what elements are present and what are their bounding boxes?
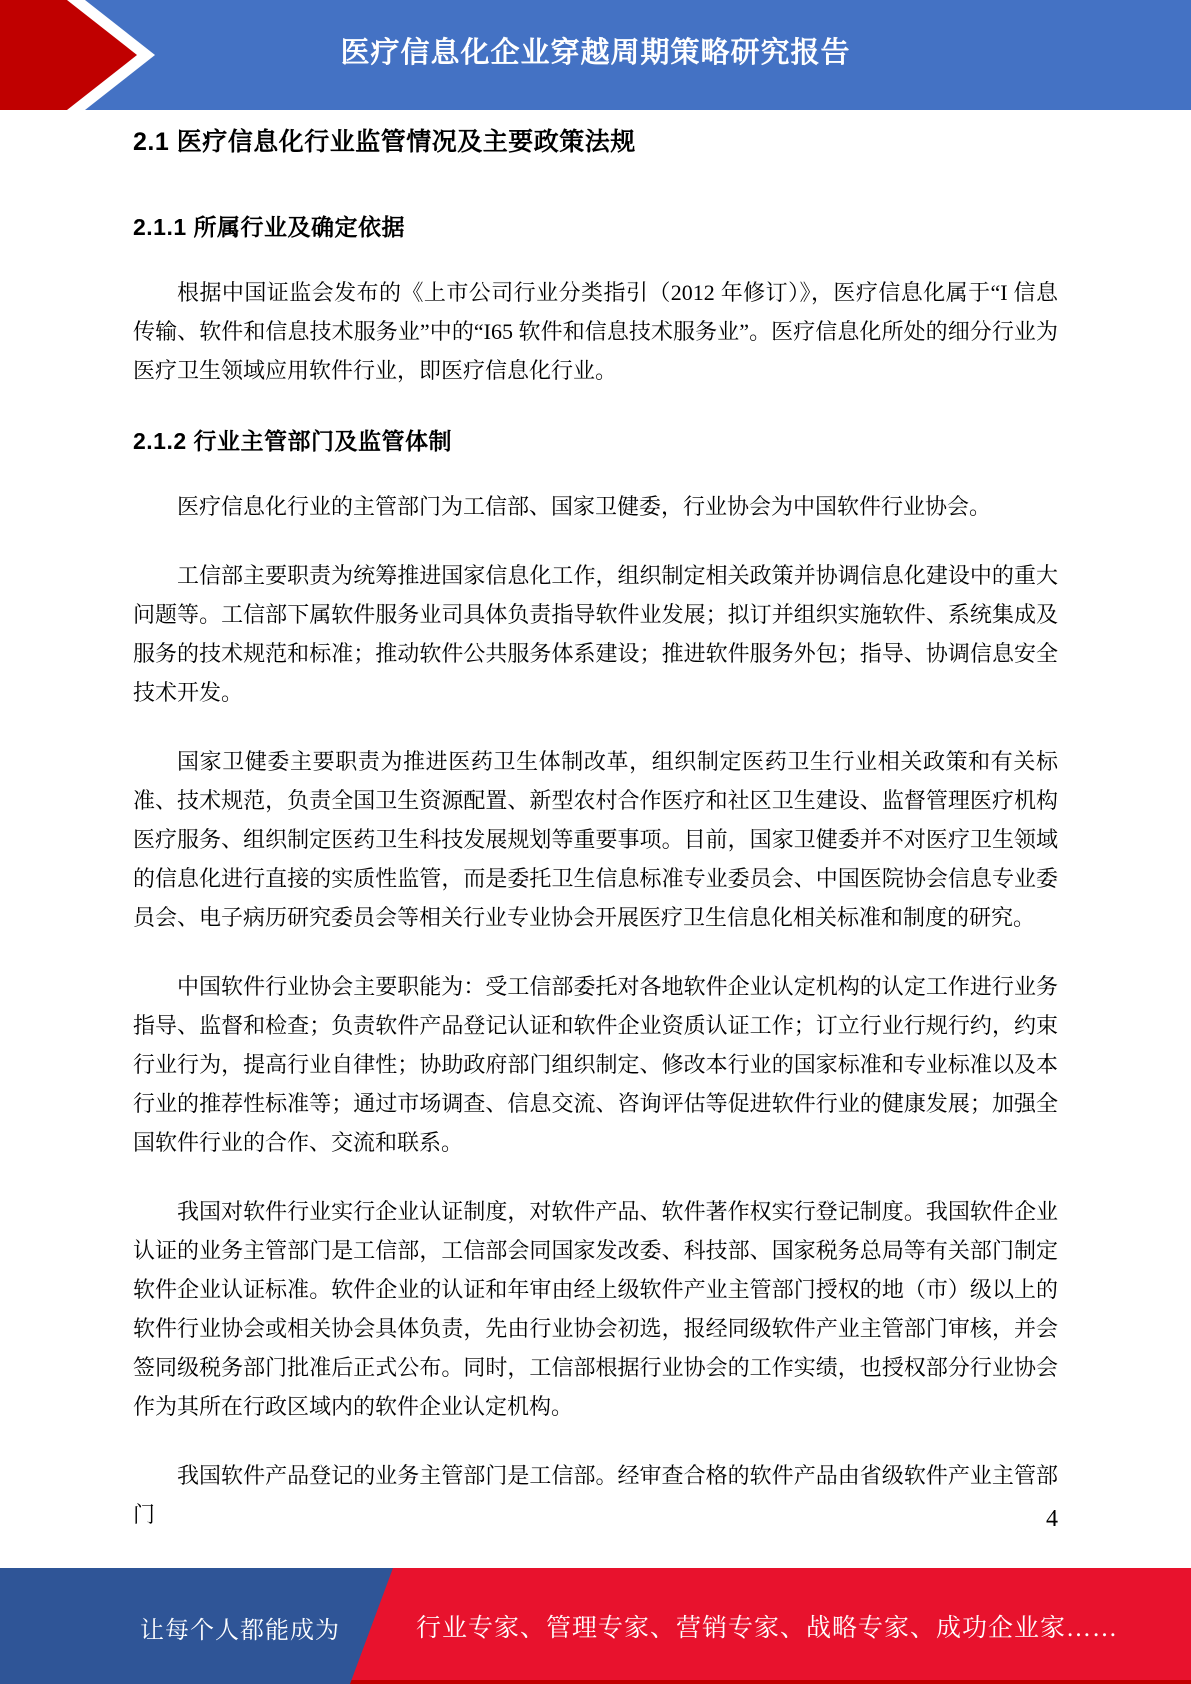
report-title: 医疗信息化企业穿越周期策略研究报告: [0, 30, 1191, 71]
section-heading-2-1: 2.1 医疗信息化行业监管情况及主要政策法规: [133, 126, 1058, 160]
paragraph-enterprise-certification: 我国对软件行业实行企业认证制度，对软件产品、软件著作权实行登记制度。我国软件企业…: [133, 1192, 1058, 1426]
paragraph-authorities: 医疗信息化行业的主管部门为工信部、国家卫健委，行业协会为中国软件行业协会。: [133, 487, 1058, 526]
paragraph-nhc-duties: 国家卫健委主要职责为推进医药卫生体制改革，组织制定医药卫生行业相关政策和有关标准…: [133, 742, 1058, 937]
paragraph-miit-duties: 工信部主要职责为统筹推进国家信息化工作，组织制定相关政策并协调信息化建设中的重大…: [133, 556, 1058, 712]
paragraph-csia-functions: 中国软件行业协会主要职能为：受工信部委托对各地软件企业认定机构的认定工作进行业务…: [133, 967, 1058, 1162]
footer-right-slogan: 行业专家、管理专家、营销专家、战略专家、成功企业家……: [416, 1608, 1118, 1644]
footer-accent-line: [346, 1680, 1191, 1684]
subsection-heading-2-1-1: 2.1.1 所属行业及确定依据: [133, 212, 1058, 243]
footer-left-slogan: 让每个人都能成为: [140, 1610, 340, 1645]
paragraph-product-registration: 我国软件产品登记的业务主管部门是工信部。经审查合格的软件产品由省级软件产业主管部…: [133, 1456, 1058, 1534]
document-body: 2.1 医疗信息化行业监管情况及主要政策法规 2.1.1 所属行业及确定依据 根…: [133, 112, 1058, 1534]
footer-band: 让每个人都能成为 行业专家、管理专家、营销专家、战略专家、成功企业家……: [0, 1568, 1191, 1684]
page-number: 4: [1046, 1506, 1058, 1533]
paragraph-industry-classification: 根据中国证监会发布的《上市公司行业分类指引（2012 年修订）》，医疗信息化属于…: [133, 273, 1058, 390]
subsection-heading-2-1-2: 2.1.2 行业主管部门及监管体制: [133, 426, 1058, 457]
header-band: 医疗信息化企业穿越周期策略研究报告: [0, 0, 1191, 110]
